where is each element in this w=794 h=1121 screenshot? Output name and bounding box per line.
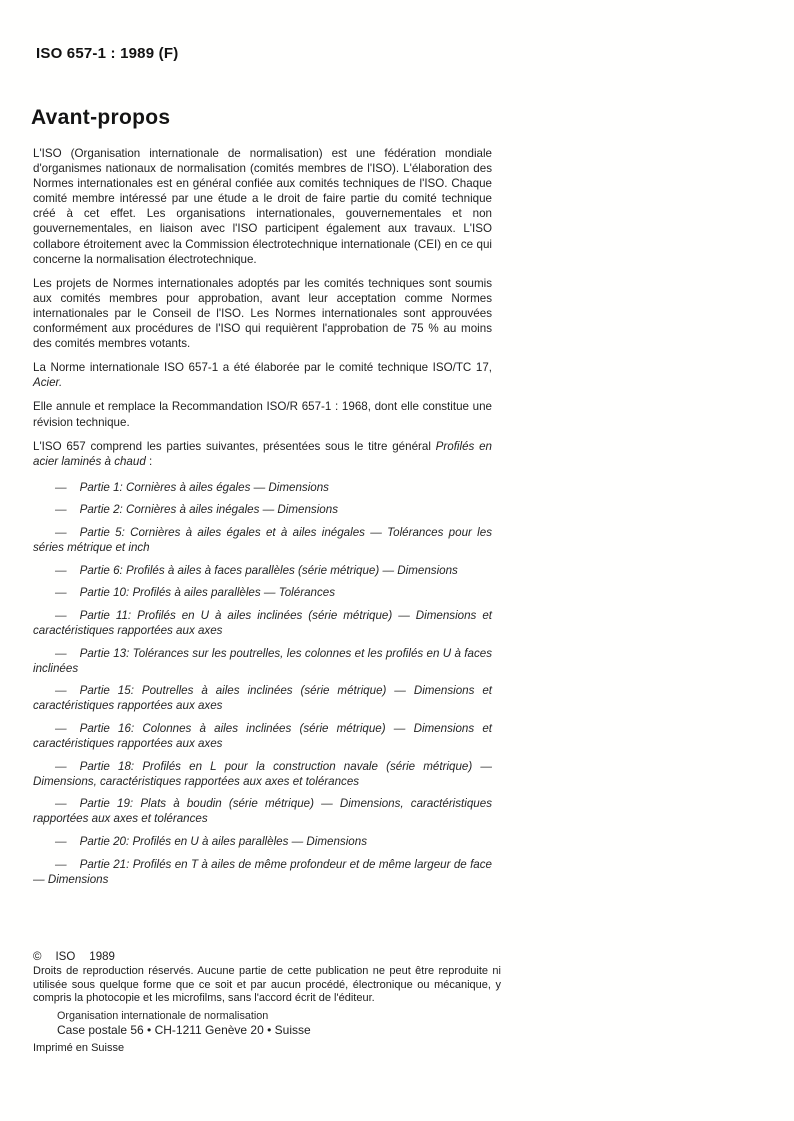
- parts-list-item: —Partie 20: Profilés en U à ailes parall…: [33, 834, 492, 849]
- publisher-address: Case postale 56 • CH-1211 Genève 20 • Su…: [57, 1024, 501, 1037]
- foreword-paragraph-3: La Norme internationale ISO 657-1 a été …: [33, 360, 492, 390]
- foreword-paragraph-5: L'ISO 657 comprend les parties suivantes…: [33, 439, 492, 469]
- page-title: Avant-propos: [31, 106, 170, 130]
- document-reference: ISO 657-1 : 1989 (F): [36, 45, 178, 62]
- list-dash-marker: —: [55, 526, 67, 539]
- list-dash-marker: —: [55, 481, 67, 494]
- list-dash-marker: —: [55, 586, 67, 599]
- parts-list-item: —Partie 21: Profilés en T à ailes de mêm…: [33, 857, 492, 887]
- parts-list-item: —Partie 13: Tolérances sur les poutrelle…: [33, 646, 492, 676]
- parts-list-item-text: Partie 19: Plats à boudin (série métriqu…: [33, 797, 492, 825]
- list-dash-marker: —: [55, 858, 67, 871]
- parts-list-item: —Partie 2: Cornières à ailes inégales — …: [33, 502, 492, 517]
- list-dash-marker: —: [55, 684, 67, 697]
- list-dash-marker: —: [55, 609, 67, 622]
- copyright-line: ©ISO1989: [33, 951, 501, 964]
- parts-list-item-text: Partie 6: Profilés à ailes à faces paral…: [80, 564, 458, 577]
- list-dash-marker: —: [55, 647, 67, 660]
- parts-list-item: —Partie 16: Colonnes à ailes inclinées (…: [33, 721, 492, 751]
- parts-list-item-text: Partie 21: Profilés en T à ailes de même…: [33, 858, 492, 886]
- parts-list-item: —Partie 10: Profilés à ailes parallèles …: [33, 585, 492, 600]
- list-dash-marker: —: [55, 797, 67, 810]
- parts-list-item-text: Partie 18: Profilés en L pour la constru…: [33, 760, 492, 788]
- parts-list-item-text: Partie 1: Cornières à ailes égales — Dim…: [80, 481, 329, 494]
- parts-list-item-text: Partie 15: Poutrelles à ailes inclinées …: [33, 684, 492, 712]
- rights-notice: Droits de reproduction réservés. Aucune …: [33, 965, 501, 1005]
- list-dash-marker: —: [55, 760, 67, 773]
- paragraph-5-roman-text: L'ISO 657 comprend les parties suivantes…: [33, 440, 436, 453]
- copyright-symbol: ©: [33, 951, 41, 963]
- parts-list-item-text: Partie 10: Profilés à ailes parallèles —…: [80, 586, 335, 599]
- foreword-body: L'ISO (Organisation internationale de no…: [33, 146, 492, 894]
- paragraph-5-colon: :: [146, 455, 152, 468]
- parts-list-item-text: Partie 5: Cornières à ailes égales et à …: [33, 526, 492, 554]
- copyright-owner: ISO: [55, 951, 75, 963]
- parts-list-item: —Partie 11: Profilés en U à ailes inclin…: [33, 608, 492, 638]
- parts-list-item: —Partie 1: Cornières à ailes égales — Di…: [33, 480, 492, 495]
- publisher-organization: Organisation internationale de normalisa…: [57, 1010, 501, 1023]
- parts-list-item: —Partie 19: Plats à boudin (série métriq…: [33, 796, 492, 826]
- copyright-year: 1989: [89, 951, 115, 963]
- paragraph-3-roman-text: La Norme internationale ISO 657-1 a été …: [33, 361, 492, 374]
- foreword-paragraph-1: L'ISO (Organisation internationale de no…: [33, 146, 492, 267]
- list-dash-marker: —: [55, 835, 67, 848]
- parts-list-item-text: Partie 16: Colonnes à ailes inclinées (s…: [33, 722, 492, 750]
- foreword-paragraph-4: Elle annule et remplace la Recommandatio…: [33, 399, 492, 429]
- parts-list: —Partie 1: Cornières à ailes égales — Di…: [33, 480, 492, 887]
- list-dash-marker: —: [55, 722, 67, 735]
- parts-list-item: —Partie 6: Profilés à ailes à faces para…: [33, 563, 492, 578]
- list-dash-marker: —: [55, 503, 67, 516]
- list-dash-marker: —: [55, 564, 67, 577]
- parts-list-item: —Partie 5: Cornières à ailes égales et à…: [33, 525, 492, 555]
- parts-list-item: —Partie 15: Poutrelles à ailes inclinées…: [33, 683, 492, 713]
- paragraph-3-italic-text: Acier.: [33, 376, 62, 389]
- parts-list-item-text: Partie 2: Cornières à ailes inégales — D…: [80, 503, 338, 516]
- copyright-footer: ©ISO1989 Droits de reproduction réservés…: [33, 951, 501, 1056]
- printed-in-notice: Imprimé en Suisse: [33, 1042, 501, 1055]
- parts-list-item: —Partie 18: Profilés en L pour la constr…: [33, 759, 492, 789]
- parts-list-item-text: Partie 20: Profilés en U à ailes parallè…: [80, 835, 367, 848]
- parts-list-item-text: Partie 13: Tolérances sur les poutrelles…: [33, 647, 492, 675]
- foreword-paragraph-2: Les projets de Normes internationales ad…: [33, 276, 492, 351]
- parts-list-item-text: Partie 11: Profilés en U à ailes incliné…: [33, 609, 492, 637]
- document-page: ISO 657-1 : 1989 (F) Avant-propos L'ISO …: [0, 0, 794, 1121]
